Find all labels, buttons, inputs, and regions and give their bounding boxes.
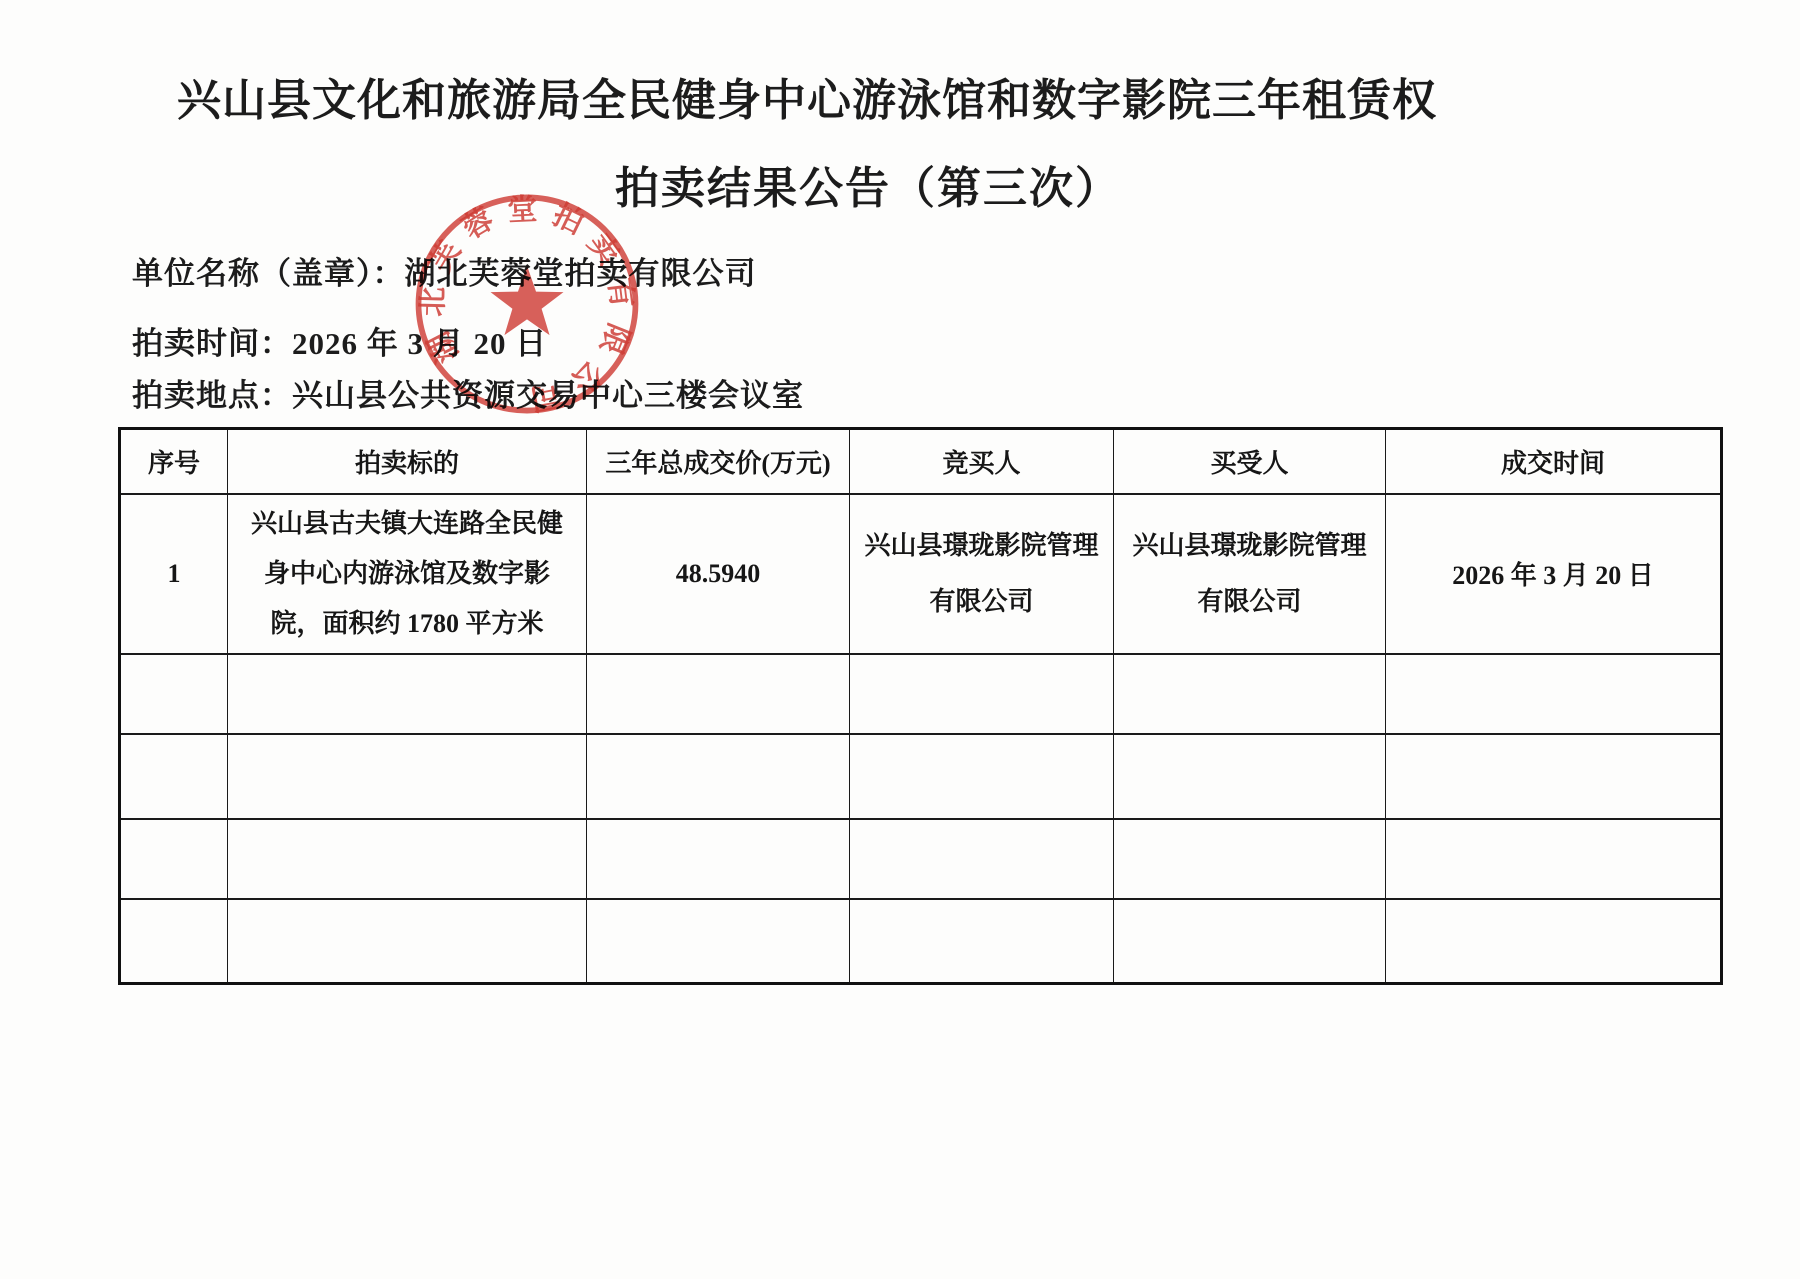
- empty-cell: [120, 734, 228, 819]
- header-total-price: 三年总成交价(万元): [587, 429, 850, 494]
- empty-cell: [850, 819, 1114, 899]
- empty-cell: [587, 819, 850, 899]
- table-header-row: 序号 拍卖标的 三年总成交价(万元) 竞买人 买受人 成交时间: [120, 429, 1722, 494]
- header-deal-time: 成交时间: [1386, 429, 1722, 494]
- empty-table-row: [120, 819, 1722, 899]
- empty-cell: [587, 734, 850, 819]
- info-auction-place: 拍卖地点：兴山县公共资源交易中心三楼会议室: [132, 370, 804, 415]
- empty-cell: [850, 899, 1114, 984]
- empty-table-row: [120, 734, 1722, 819]
- empty-cell: [1386, 819, 1722, 899]
- cell-serial-no: 1: [120, 494, 228, 654]
- empty-table-row: [120, 654, 1722, 734]
- empty-cell: [850, 654, 1114, 734]
- empty-cell: [587, 899, 850, 984]
- empty-cell: [1114, 899, 1386, 984]
- header-bidder: 竞买人: [850, 429, 1114, 494]
- empty-cell: [1386, 734, 1722, 819]
- info-unit-name: 单位名称（盖章）：湖北芙蓉堂拍卖有限公司: [132, 248, 757, 293]
- auction-results-table: 序号 拍卖标的 三年总成交价(万元) 竞买人 买受人 成交时间 1 兴山县古夫镇…: [118, 427, 1723, 985]
- table-row: 1 兴山县古夫镇大连路全民健身中心内游泳馆及数字影院，面积约 1780 平方米 …: [120, 494, 1722, 654]
- cell-buyer: 兴山县璟珑影院管理有限公司: [1114, 494, 1386, 654]
- cell-bidder: 兴山县璟珑影院管理有限公司: [850, 494, 1114, 654]
- empty-cell: [587, 654, 850, 734]
- empty-cell: [1114, 654, 1386, 734]
- empty-cell: [120, 899, 228, 984]
- header-auction-subject: 拍卖标的: [228, 429, 587, 494]
- empty-cell: [228, 734, 587, 819]
- empty-cell: [120, 819, 228, 899]
- empty-cell: [850, 734, 1114, 819]
- empty-cell: [1386, 899, 1722, 984]
- document-title-line-1: 兴山县文化和旅游局全民健身中心游泳馆和数字影院三年租赁权: [0, 64, 1614, 128]
- cell-total-price: 48.5940: [587, 494, 850, 654]
- info-auction-time: 拍卖时间：2026 年 3 月 20 日: [132, 318, 547, 363]
- header-buyer: 买受人: [1114, 429, 1386, 494]
- cell-auction-subject: 兴山县古夫镇大连路全民健身中心内游泳馆及数字影院，面积约 1780 平方米: [228, 494, 587, 654]
- header-serial-no: 序号: [120, 429, 228, 494]
- empty-cell: [1114, 819, 1386, 899]
- empty-cell: [1386, 654, 1722, 734]
- empty-cell: [228, 654, 587, 734]
- document-title-line-2: 拍卖结果公告（第三次）: [0, 152, 1736, 216]
- empty-cell: [228, 819, 587, 899]
- empty-table-row: [120, 899, 1722, 984]
- document-page: 兴山县文化和旅游局全民健身中心游泳馆和数字影院三年租赁权 拍卖结果公告（第三次）…: [0, 0, 1800, 1279]
- empty-cell: [120, 654, 228, 734]
- empty-cell: [228, 899, 587, 984]
- cell-deal-time: 2026 年 3 月 20 日: [1386, 494, 1722, 654]
- empty-cell: [1114, 734, 1386, 819]
